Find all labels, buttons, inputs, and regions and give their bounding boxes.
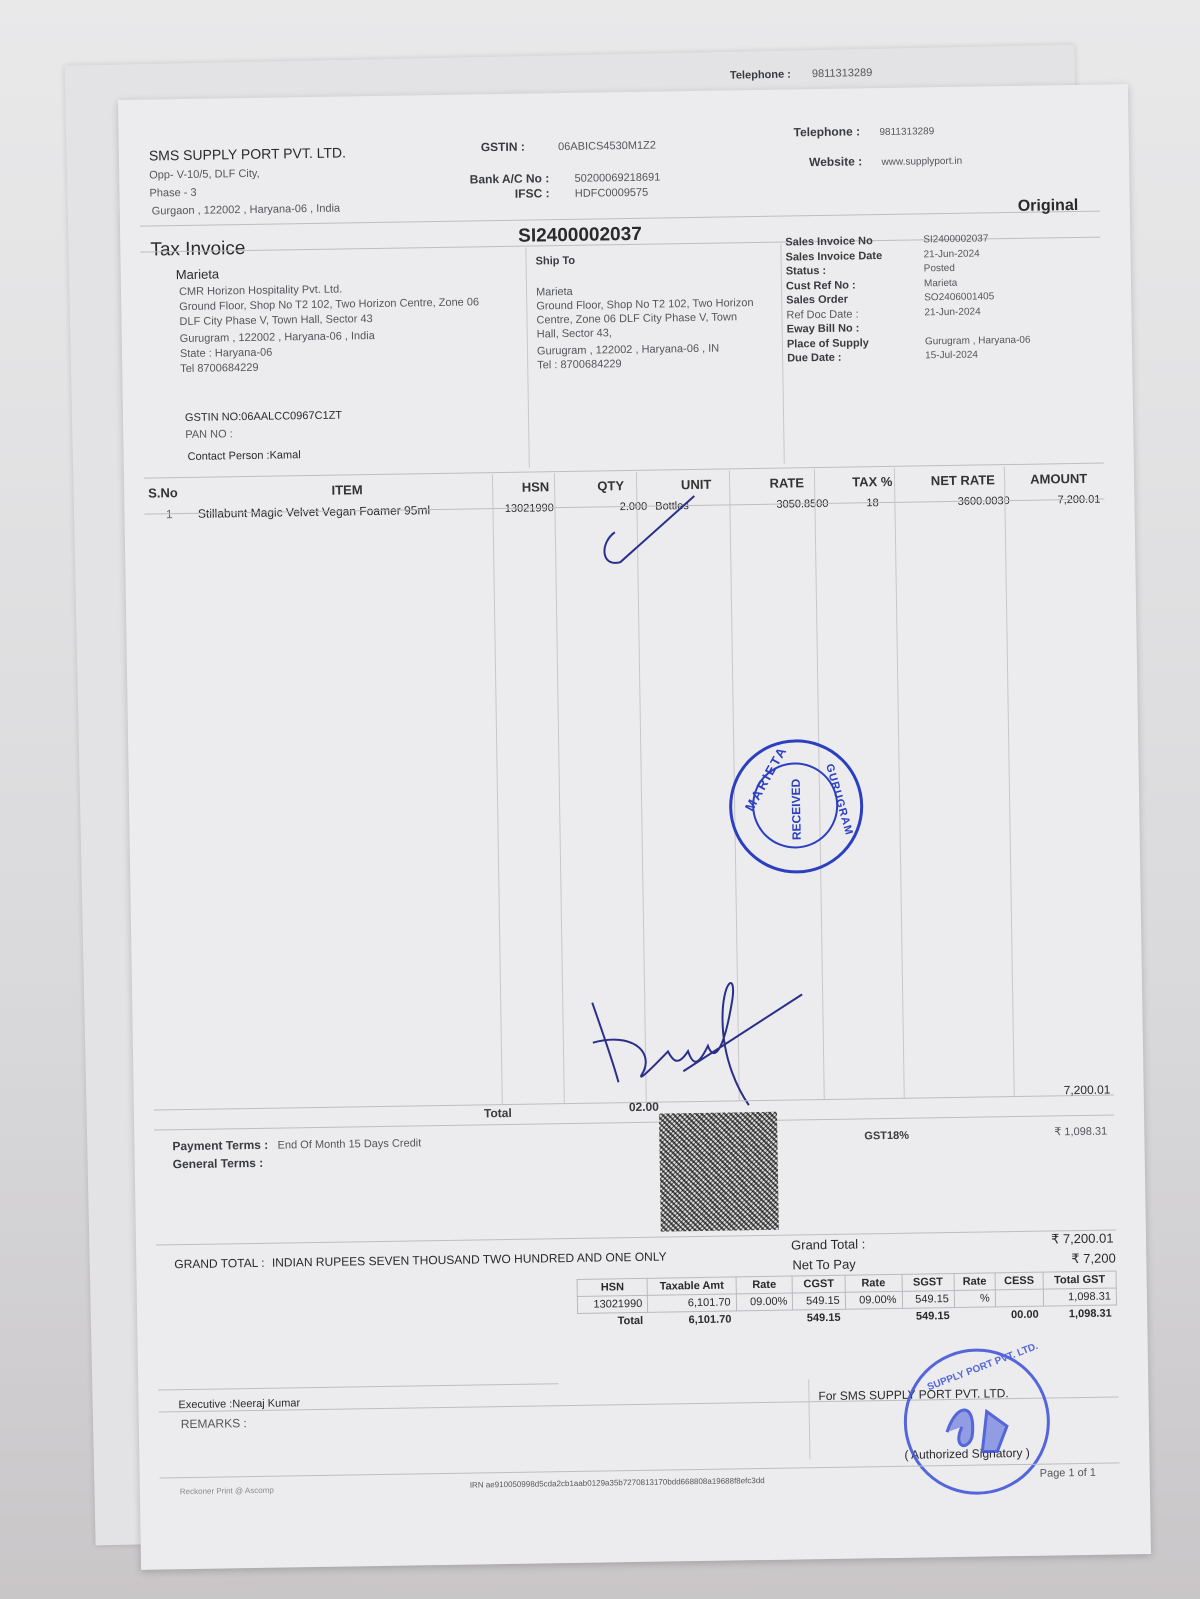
items-total-label: Total [484, 1106, 512, 1120]
bill-to-name: Marieta [176, 266, 220, 282]
invoice-meta: Sales Invoice NoSI2400002037 Sales Invoi… [785, 232, 1031, 366]
gst-value: ₹ 1,098.31 [1054, 1125, 1107, 1139]
grand-total-value: ₹ 7,200.01 [1051, 1231, 1114, 1248]
ship-to-address: Marieta Ground Floor, Shop No T2 102, Tw… [536, 282, 755, 372]
items-total-qty: 02.00 [629, 1100, 659, 1114]
company-name: SMS SUPPLY PORT PVT. LTD. [149, 144, 346, 163]
ship-to-heading: Ship To [535, 255, 575, 268]
company-gstin: GSTIN : 06ABICS4530M1Z2 [481, 138, 656, 155]
e-invoice-qr-code [659, 1112, 779, 1232]
company-telephone: Telephone : 9811313289 [793, 123, 934, 139]
remarks-label: REMARKS : [181, 1416, 247, 1431]
received-stamp: RECEIVED MARIETA GURUGRAM [728, 738, 864, 874]
amount-in-words: GRAND TOTAL : INDIAN RUPEES SEVEN THOUSA… [174, 1250, 666, 1272]
meta-row: Due Date :15-Jul-2024 [787, 348, 1031, 366]
handwritten-signature [571, 939, 814, 1113]
company-website: Website : www.supplyport.in [809, 153, 962, 169]
copy-label: Original [1018, 197, 1079, 216]
page-number: Page 1 of 1 [1040, 1467, 1096, 1480]
bill-to-pan: PAN NO : [185, 428, 233, 441]
invoice-sheet: SMS SUPPLY PORT PVT. LTD. Opp- V-10/5, D… [118, 84, 1151, 1570]
gst-label: GST18% [864, 1130, 909, 1143]
grand-total-label: Grand Total : [791, 1236, 865, 1252]
company-address-1: Opp- V-10/5, DLF City, [149, 168, 260, 182]
items-total-amount: 7,200.01 [1064, 1083, 1111, 1098]
gst-breakup-table: HSNTaxable AmtRate CGSTRateSGST RateCESS… [577, 1270, 1118, 1329]
net-to-pay-value: ₹ 7,200 [1071, 1250, 1116, 1267]
general-terms: General Terms : [173, 1156, 264, 1171]
payment-terms: Payment Terms : End Of Month 15 Days Cre… [172, 1135, 421, 1153]
bill-to-gstin: GSTIN NO:06AALCC0967C1ZT [185, 410, 342, 424]
company-address-2: Phase - 3 [149, 187, 196, 200]
company-seal-stamp: SUPPLY PORT PVT. LTD. [903, 1348, 1051, 1496]
bill-to-address: CMR Horizon Hospitality Pvt. Ltd. Ground… [179, 280, 480, 377]
software-credit: Reckoner Print @ Ascomp [180, 1486, 274, 1496]
check-mark [594, 491, 715, 573]
irn-number: IRN ae910050998d5cda2cb1aab0129a35b72708… [470, 1476, 765, 1490]
net-to-pay-label: Net To Pay [792, 1257, 856, 1273]
bill-to-contact: Contact Person :Kamal [188, 449, 301, 463]
company-address-3: Gurgaon , 122002 , Haryana-06 , India [152, 203, 341, 218]
back-telephone: Telephone : 9811313289 [730, 67, 873, 82]
